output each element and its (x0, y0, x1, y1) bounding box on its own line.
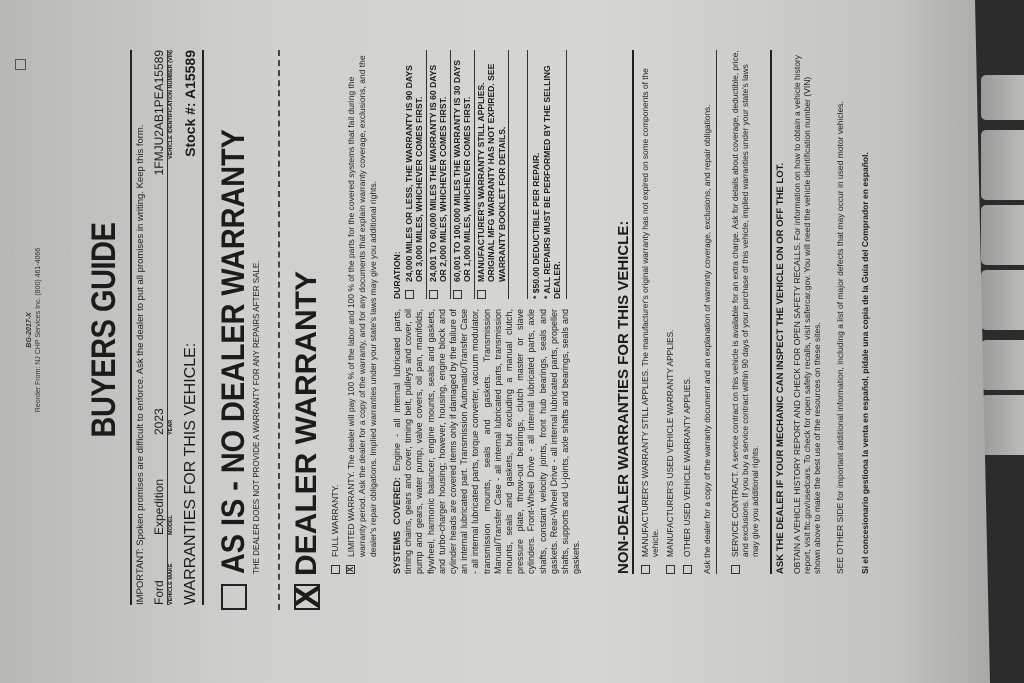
deductible-note: * $50.00 DEDUCTIBLE PER REPAIR. (531, 50, 542, 299)
keyboard-key (981, 395, 1024, 455)
vehicle-vin: 1FMJU2AB1PEA15589 (152, 50, 168, 305)
dealer-warranty-section: X DEALER WARRANTY (290, 271, 324, 610)
buyers-guide-form: BG-2017-X Reorder From: NJ CHP Services … (70, 50, 870, 610)
duration-option: 60,001 TO 100,000 MILES THE WARRANTY IS … (451, 50, 475, 299)
year-label: YEAR (168, 305, 174, 435)
as-is-checkbox[interactable] (221, 584, 247, 610)
form-number-text: BG-2017-X (26, 312, 33, 347)
service-contract: SERVICE CONTRACT. A service contract on … (730, 50, 760, 574)
keyboard-key (981, 75, 1024, 120)
systems-covered: SYSTEMS COVERED: Engine - all internal l… (392, 309, 582, 574)
non-dealer-item: MANUFACTURER'S USED VEHICLE WARRANTY APP… (665, 50, 675, 574)
as-is-subtext: THE DEALER DOES NOT PROVIDE A WARRANTY F… (252, 261, 261, 574)
vin-label: VEHICLE IDENTIFICATION NUMBER (VIN) (168, 50, 174, 305)
duration-option: MANUFACTURER'S WARRANTY STILL APPLIES. O… (475, 50, 510, 299)
non-dealer-item: OTHER USED VEHICLE WARRANTY APPLIES. (682, 50, 692, 574)
duration-section: DURATION: 24,000 MILES OR LESS, THE WARR… (392, 50, 582, 299)
history-report-text: OBTAIN A VEHICLE HISTORY REPORT AND CHEC… (792, 50, 822, 574)
stock-number: Stock #: A15589 (182, 50, 200, 157)
keyboard-key (981, 130, 1024, 200)
warranties-heading: WARRANTIES FOR THIS VEHICLE: (182, 343, 200, 605)
inspect-notice: ASK THE DEALER IF YOUR MECHANIC CAN INSP… (770, 50, 786, 574)
limited-warranty-text: LIMITED WARRANTY. The dealer will pay 10… (346, 50, 379, 557)
dealer-warranty-heading: DEALER WARRANTY (290, 271, 324, 576)
warranties-heading-row: WARRANTIES FOR THIS VEHICLE: Stock #: A1… (182, 50, 204, 605)
vehicle-make: Ford (152, 535, 168, 605)
non-dealer-checkbox[interactable] (641, 565, 650, 574)
model-label: MODEL (168, 435, 174, 535)
publisher-text: Reorder From: NJ CHP Services Inc. (800)… (35, 248, 42, 412)
vehicle-info-row: Ford Expedition 2023 1FMJU2AB1PEA15589 (152, 50, 168, 605)
keyboard-key (981, 205, 1024, 265)
duration-option: 24,001 TO 60,000 MILES THE WARRANTY IS 6… (427, 50, 451, 299)
duration-checkbox[interactable] (453, 290, 462, 299)
coverage-columns: SYSTEMS COVERED: Engine - all internal l… (392, 50, 582, 574)
limited-warranty-checkbox[interactable]: X (346, 565, 355, 574)
keyboard-key (981, 270, 1024, 330)
duration-option: 24,000 MILES OR LESS, THE WARRANTY IS 90… (403, 50, 427, 299)
duration-label: DURATION: (392, 251, 402, 299)
duration-checkbox[interactable] (477, 290, 486, 299)
as-is-heading: AS IS - NO DEALER WARRANTY (215, 129, 252, 574)
non-dealer-checkbox[interactable] (666, 565, 675, 574)
make-label: VEHICLE MAKE (168, 535, 174, 605)
service-contract-checkbox[interactable] (731, 565, 740, 574)
vehicle-year: 2023 (152, 305, 168, 435)
full-warranty-checkbox[interactable] (331, 565, 340, 574)
limited-warranty-option: X LIMITED WARRANTY. The dealer will pay … (346, 50, 379, 574)
spanish-notice: Si el concesionario gestiona la venta en… (860, 50, 870, 574)
full-warranty-option: FULL WARRANTY. (330, 50, 341, 574)
important-notice: IMPORTANT: Spoken promises are difficult… (130, 50, 146, 605)
duration-notes: * $50.00 DEDUCTIBLE PER REPAIR. * ALL RE… (527, 50, 567, 299)
repairs-note: * ALL REPAIRS MUST BE PERFORMED BY THE S… (542, 50, 563, 299)
keyboard-key (981, 340, 1024, 390)
as-is-section: AS IS - NO DEALER WARRANTY (215, 80, 252, 610)
vehicle-model: Expedition (152, 435, 168, 535)
duration-checkbox[interactable] (429, 290, 438, 299)
ask-copy-text: Ask the dealer for a copy of the warrant… (702, 50, 717, 574)
non-dealer-item: MANUFACTURER'S WARRANTY STILL APPLIES. T… (640, 50, 660, 574)
dealer-warranty-checkbox[interactable]: X (294, 584, 320, 610)
non-dealer-checkbox[interactable] (683, 565, 692, 574)
see-other-side-text: SEE OTHER SIDE for important additional … (835, 50, 845, 574)
non-dealer-heading: NON-DEALER WARRANTIES FOR THIS VEHICLE: (615, 50, 634, 574)
form-number: BG-2017-X Reorder From: NJ CHP Services … (25, 50, 43, 610)
page-title: BUYERS GUIDE (85, 92, 124, 568)
dashed-divider (278, 50, 280, 610)
vehicle-labels-row: VEHICLE MAKE MODEL YEAR VEHICLE IDENTIFI… (168, 50, 174, 605)
duration-checkbox[interactable] (405, 290, 414, 299)
buyers-guide-paper: BG-2017-X Reorder From: NJ CHP Services … (0, 0, 990, 683)
